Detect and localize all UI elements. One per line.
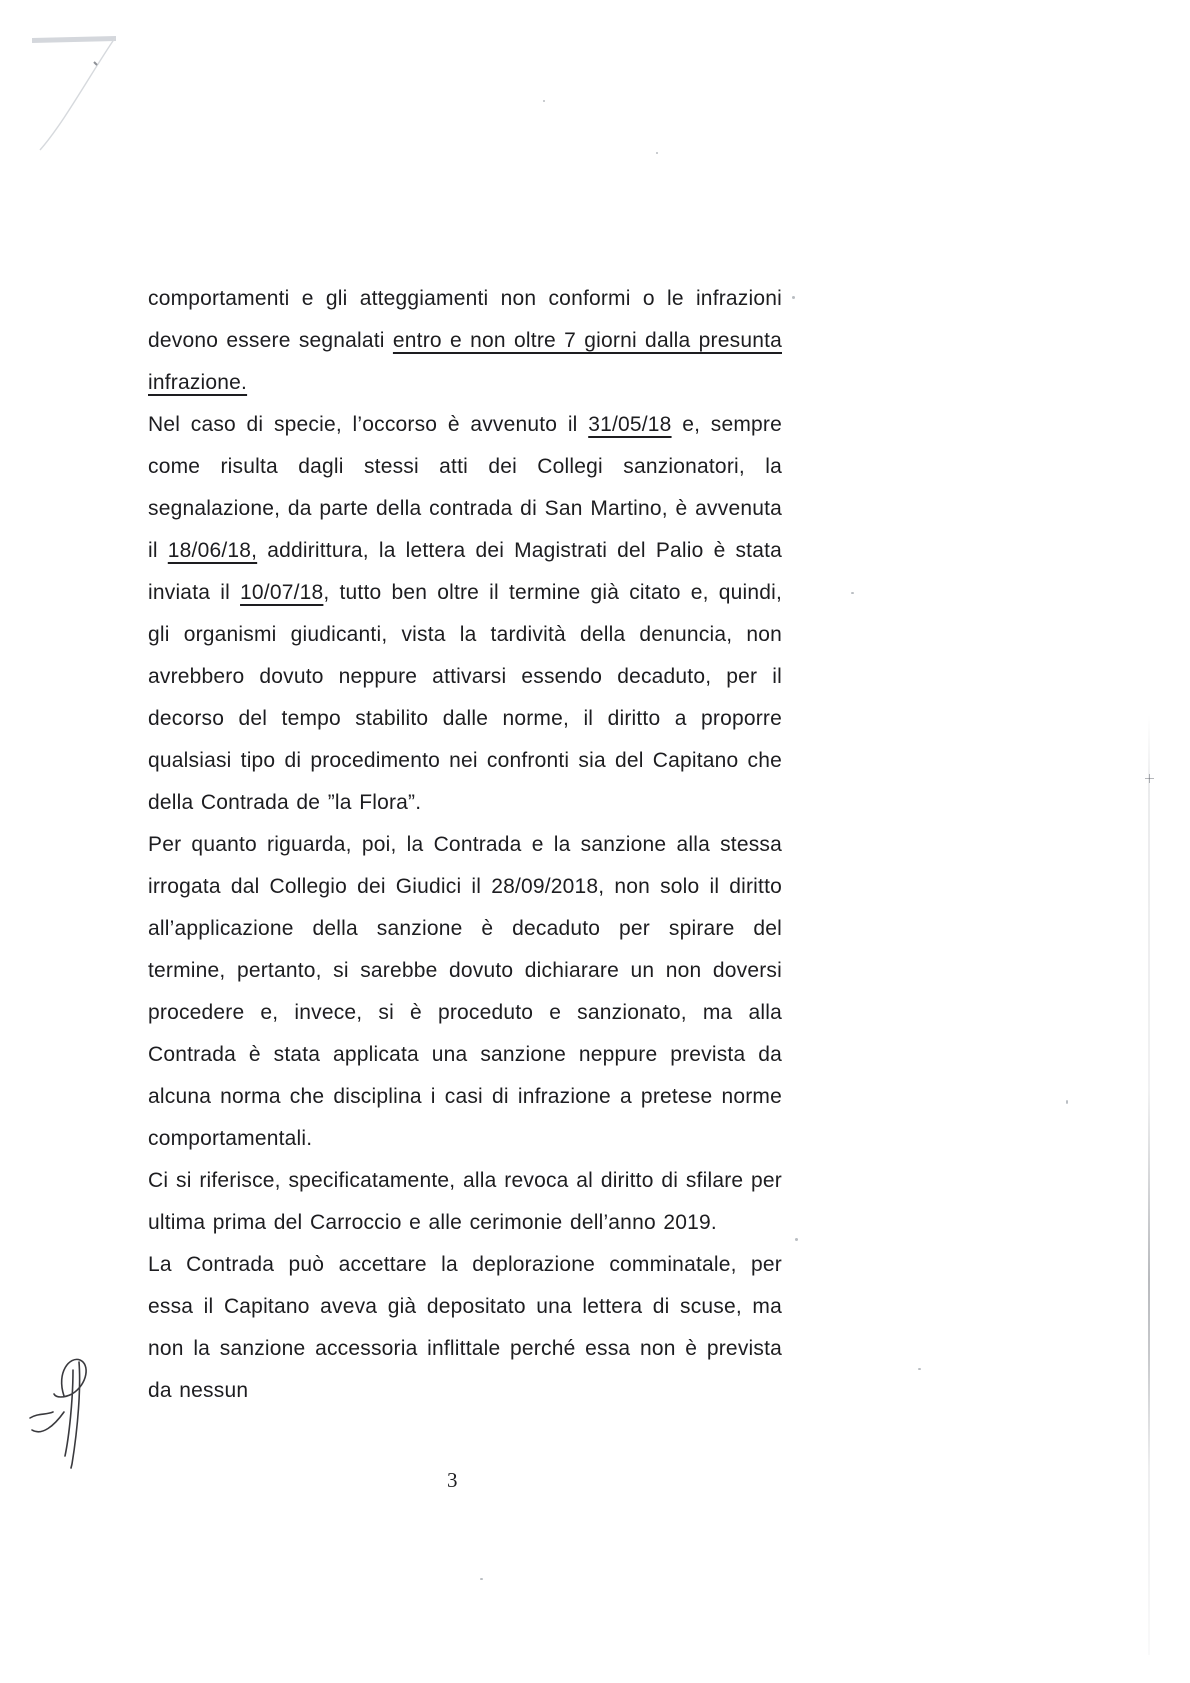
scan-speck: [480, 1578, 483, 1580]
scan-speck: [918, 1368, 921, 1370]
paragraph: Per quanto riguarda, poi, la Contrada e …: [148, 824, 782, 1160]
scan-streak-right: [1148, 715, 1150, 1655]
scan-speck: [543, 100, 545, 102]
text-segment: La Contrada può accettare la deplorazion…: [148, 1253, 782, 1402]
document-text: comportamenti e gli atteggiamenti non co…: [148, 278, 782, 1412]
underlined-text: 10/07/18: [240, 581, 323, 604]
scan-speck: [795, 1238, 798, 1241]
signature-mark: [24, 1352, 104, 1472]
underlined-text: 18/06/18,: [168, 539, 257, 562]
underlined-text: 31/05/18: [588, 413, 671, 436]
text-segment: Ci si riferisce, specificatamente, alla …: [148, 1169, 782, 1234]
scan-artifact-top-left: [24, 28, 134, 168]
paragraph: La Contrada può accettare la deplorazion…: [148, 1244, 782, 1412]
text-segment: Per quanto riguarda, poi, la Contrada e …: [148, 833, 782, 1150]
scan-speck: [851, 592, 854, 594]
text-segment: Nel caso di specie, l’occorso è avvenuto…: [148, 413, 588, 436]
paragraph: Nel caso di specie, l’occorso è avvenuto…: [148, 404, 782, 824]
paragraph: Ci si riferisce, specificatamente, alla …: [148, 1160, 782, 1244]
scan-cross-mark: [1145, 774, 1154, 783]
text-segment: , tutto ben oltre il termine già citato …: [148, 581, 782, 814]
scan-speck: [656, 152, 658, 154]
scan-speck: [1066, 1100, 1068, 1104]
paragraph: comportamenti e gli atteggiamenti non co…: [148, 278, 782, 404]
scanned-document-page: comportamenti e gli atteggiamenti non co…: [0, 0, 1190, 1683]
page-number: 3: [447, 1468, 458, 1493]
scan-speck: [792, 296, 795, 299]
